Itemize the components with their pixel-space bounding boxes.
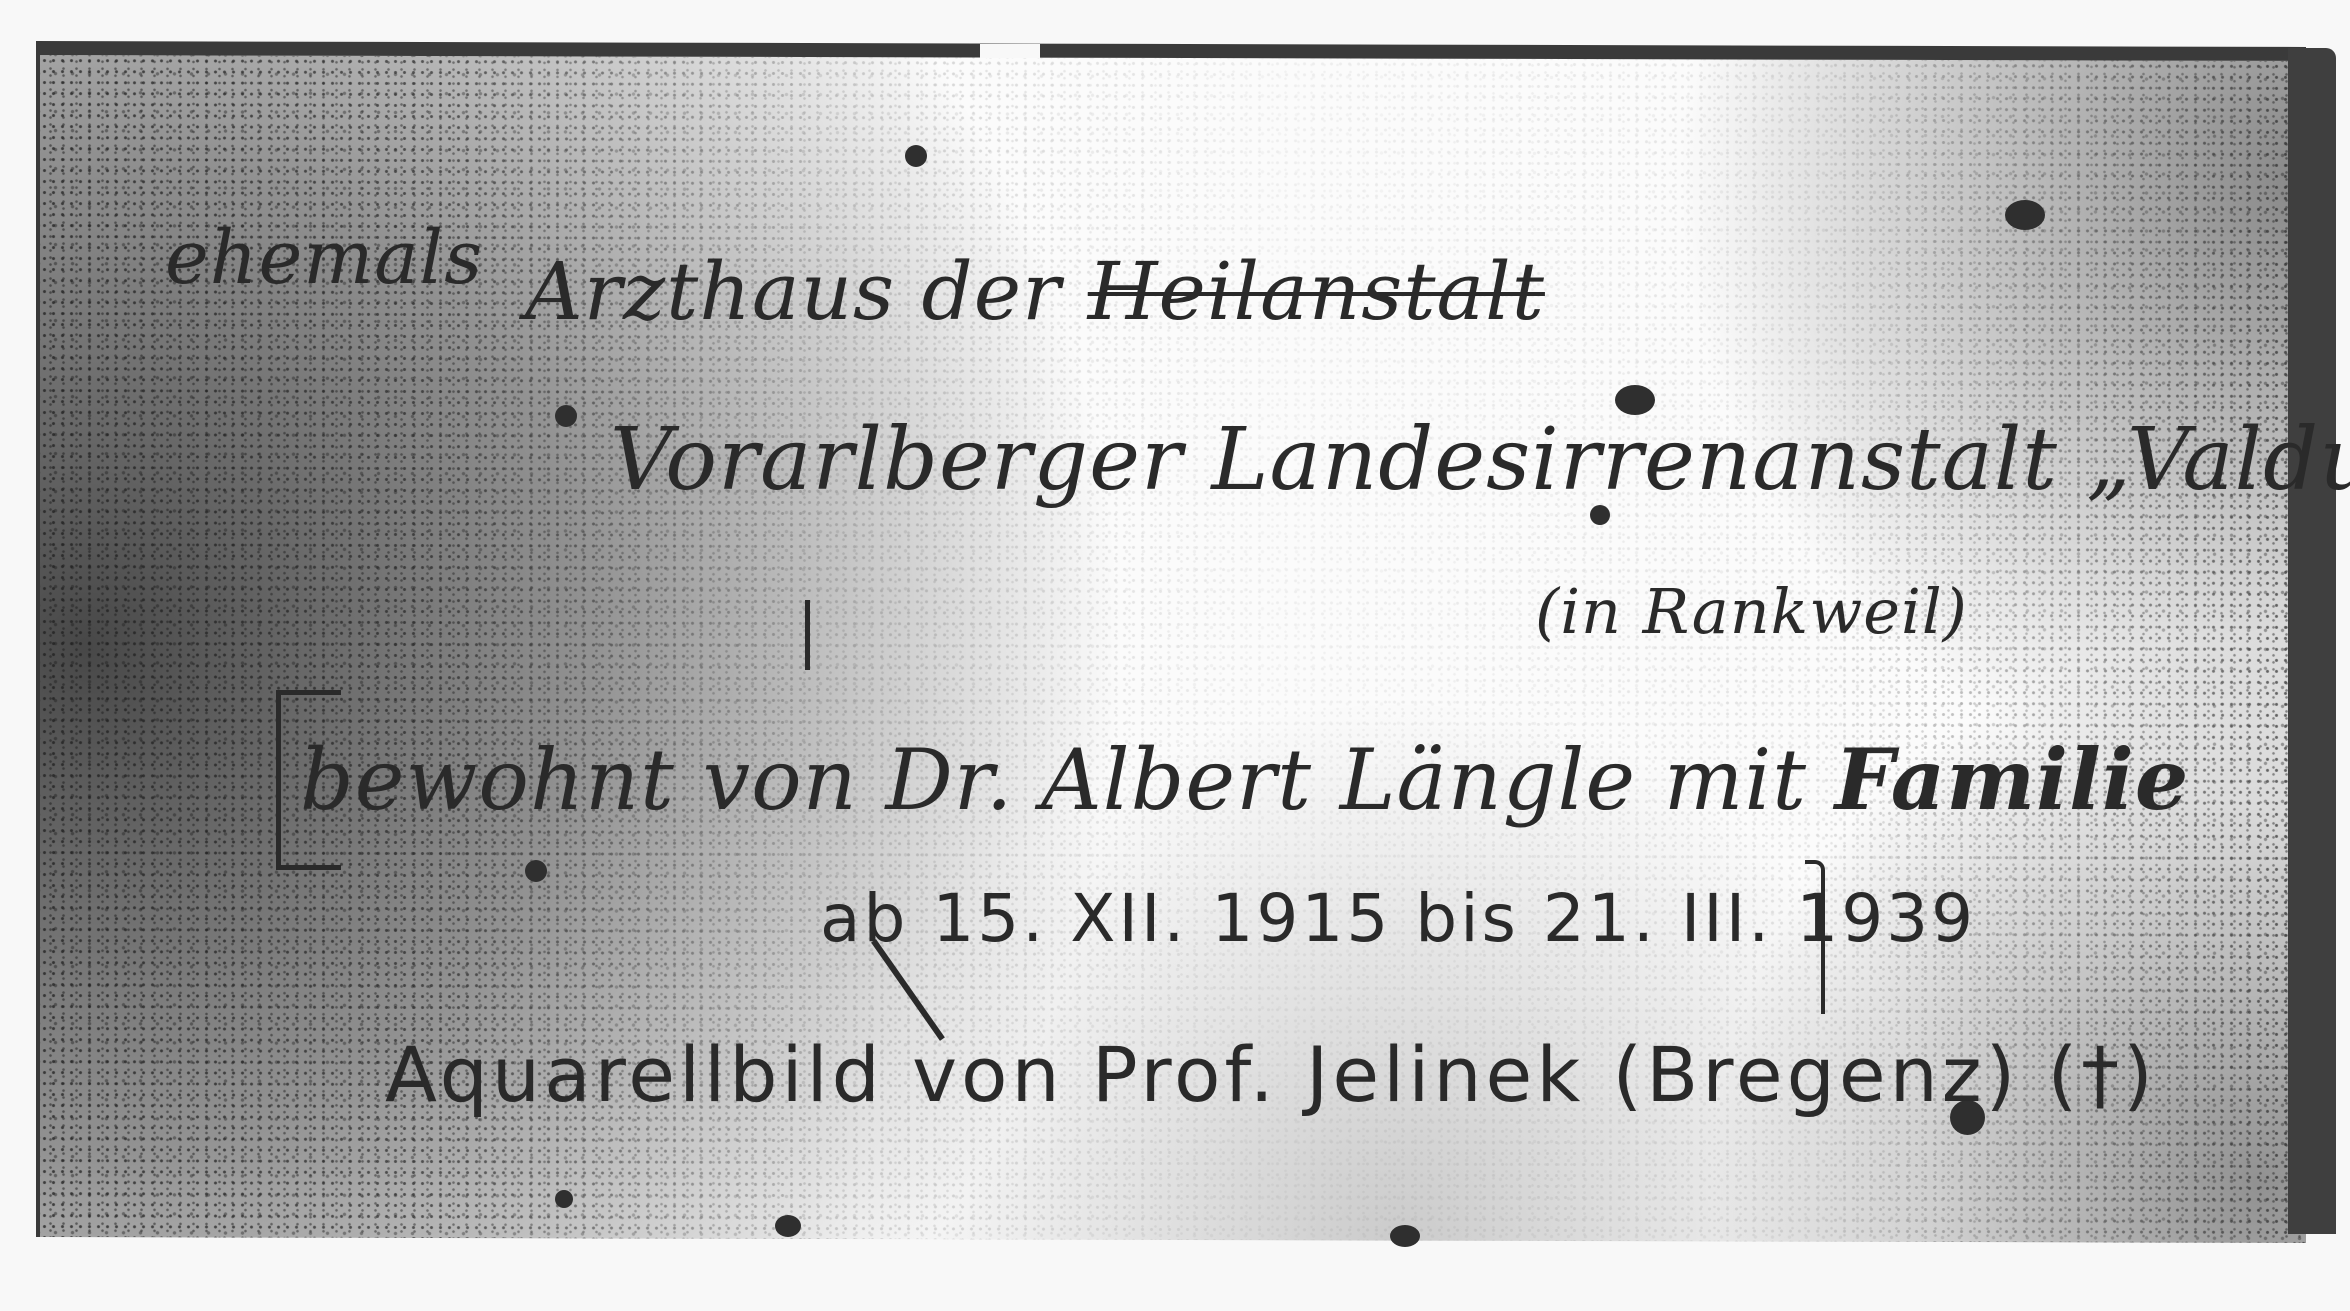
note-prefix-ehemals: ehemals [165,215,483,301]
note-line-location: (in Rankweil) [1535,575,1968,648]
note-line-arzthaus: Arzthaus der Heilanstalt [525,245,1545,338]
ink-blot [555,405,577,427]
note-line-institution: Vorarlberger Landesirrenanstalt „Valduna… [610,410,2350,510]
ink-blot [1390,1225,1420,1247]
border-gap [980,44,1040,58]
note-line-arzthaus-text: Arzthaus der [525,245,1061,338]
note-line-residents: bewohnt von Dr. Albert Längle mit Famili… [300,730,2189,829]
insertion-mark [805,600,810,670]
note-line-artist-credit: Aquarellbild von Prof. Jelinek (Bregenz)… [385,1030,2157,1119]
note-line-dates: ab 15. XII. 1915 bis 21. III. 1939 [820,880,1976,957]
ink-blot [2005,200,2045,230]
right-bracket-mark [1805,860,1825,1014]
struck-out-word: Heilanstalt [1088,245,1545,338]
note-word-familie: Familie [1835,730,2190,829]
scanned-page: ehemals Arzthaus der Heilanstalt Vorarlb… [0,0,2350,1311]
ink-blot [555,1190,573,1208]
card-right-border [2288,48,2336,1234]
ink-blot [905,145,927,167]
ink-blot [525,860,547,882]
ink-blot [775,1215,801,1237]
note-line-residents-text: bewohnt von Dr. Albert Längle mit [300,731,1835,829]
